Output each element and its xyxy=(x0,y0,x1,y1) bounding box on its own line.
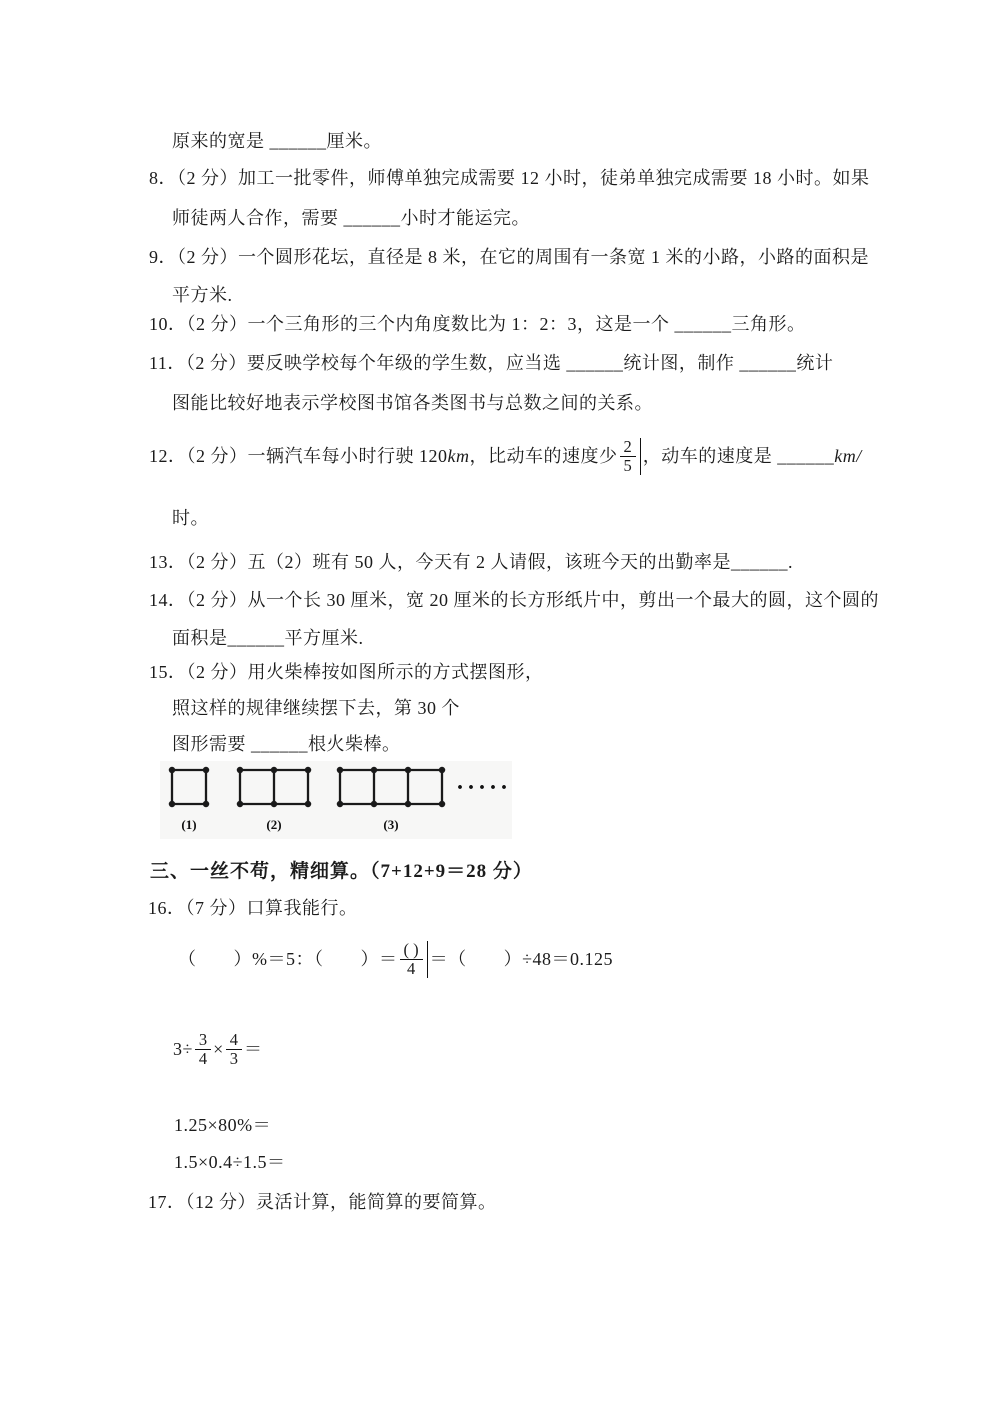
fraction-denominator: 4 xyxy=(195,1050,211,1068)
figure-ellipsis: ······ xyxy=(456,775,512,801)
matchstick-figure: (1) (2) (3) ······ xyxy=(160,761,512,839)
question-8-line-1: 8．（2 分）加工一批零件，师傅单独完成需要 12 小时，徒弟单独完成需要 18… xyxy=(149,167,870,190)
fraction-numerator: 3 xyxy=(195,1031,211,1050)
question-12-text-pre: 12．（2 分）一辆汽车每小时行驶 120 xyxy=(149,445,448,468)
question-10-line-1: 10．（2 分）一个三角形的三个内角度数比为 1：2：3，这是一个 ______… xyxy=(149,313,806,336)
question-16-expression-1: （ ）%＝5：（ ）＝ ( ) 4 ＝（ ）÷48＝0.125 xyxy=(178,941,613,978)
question-15-line-2: 照这样的规律继续摆下去，第 30 个 xyxy=(172,697,460,720)
fraction-numerator: 2 xyxy=(620,438,636,457)
question-16-expression-3: 1.25×80%＝ xyxy=(174,1114,271,1137)
figure-label-2: (2) xyxy=(266,817,281,832)
expr1-right: ＝（ ）÷48＝0.125 xyxy=(430,948,613,971)
expr2-lead: 3÷ xyxy=(173,1038,193,1061)
question-17-line-1: 17．（12 分）灵活计算，能简算的要简算。 xyxy=(148,1191,497,1214)
question-12-unit-kmh: km/ xyxy=(834,445,862,468)
question-15-line-1: 15．（2 分）用火柴棒按如图所示的方式摆图形， xyxy=(149,661,544,684)
question-11-line-2: 图能比较好地表示学校图书馆各类图书与总数之间的关系。 xyxy=(172,392,653,415)
question-7-tail: 原来的宽是 ______厘米。 xyxy=(172,130,382,153)
question-16-line-1: 16．（7 分）口算我能行。 xyxy=(148,897,358,920)
fraction-numerator: 4 xyxy=(226,1031,242,1050)
fraction-denominator: 5 xyxy=(620,457,636,475)
expr1-left: （ ）%＝5：（ ）＝ xyxy=(178,948,398,971)
fraction-denominator: 3 xyxy=(226,1050,242,1068)
question-13-line-1: 13．（2 分）五（2）班有 50 人，今天有 2 人请假，该班今天的出勤率是_… xyxy=(149,551,793,574)
figure-label-1: (1) xyxy=(181,817,196,832)
question-12-line-2: 时。 xyxy=(172,507,209,530)
fraction-4-3: 4 3 xyxy=(226,1031,242,1068)
expr2-equals: ＝ xyxy=(244,1038,263,1061)
fraction-blank-4: ( ) 4 xyxy=(400,941,428,978)
question-8-line-2: 师徒两人合作，需要 ______小时才能运完。 xyxy=(172,207,530,230)
question-12-line-1: 12．（2 分）一辆汽车每小时行驶 120km，比动车的速度少 2 5 ，动车的… xyxy=(149,438,862,475)
exam-page: 原来的宽是 ______厘米。 8．（2 分）加工一批零件，师傅单独完成需要 1… xyxy=(0,0,1000,1415)
question-15-line-3: 图形需要 ______根火柴棒。 xyxy=(172,733,401,756)
question-14-line-1: 14．（2 分）从一个长 30 厘米，宽 20 厘米的长方形纸片中，剪出一个最大… xyxy=(149,589,879,612)
question-9-line-2: 平方米. xyxy=(172,284,233,307)
question-14-line-2: 面积是______平方厘米. xyxy=(172,627,364,650)
question-12-text-post: ，动车的速度是 ______ xyxy=(643,445,835,468)
question-12-unit-km: km xyxy=(448,445,470,468)
question-16-expression-2: 3÷ 3 4 × 4 3 ＝ xyxy=(173,1031,263,1068)
fraction-denominator: 4 xyxy=(403,960,419,978)
question-9-line-1: 9．（2 分）一个圆形花坛，直径是 8 米，在它的周围有一条宽 1 米的小路，小… xyxy=(149,246,869,269)
figure-label-3: (3) xyxy=(383,817,398,832)
fraction-2-5: 2 5 xyxy=(620,438,641,475)
question-12-text-mid: ，比动车的速度少 xyxy=(470,445,618,468)
expr2-times: × xyxy=(213,1038,224,1061)
fraction-numerator: ( ) xyxy=(400,941,423,960)
matchstick-diagram: (1) (2) (3) ······ xyxy=(160,761,512,839)
section-3-heading: 三、一丝不苟，精细算。（7+12+9＝28 分） xyxy=(150,860,533,884)
question-11-line-1: 11．（2 分）要反映学校每个年级的学生数，应当选 ______统计图，制作 _… xyxy=(149,352,833,375)
question-16-expression-4: 1.5×0.4÷1.5＝ xyxy=(174,1151,286,1174)
fraction-3-4: 3 4 xyxy=(195,1031,211,1068)
